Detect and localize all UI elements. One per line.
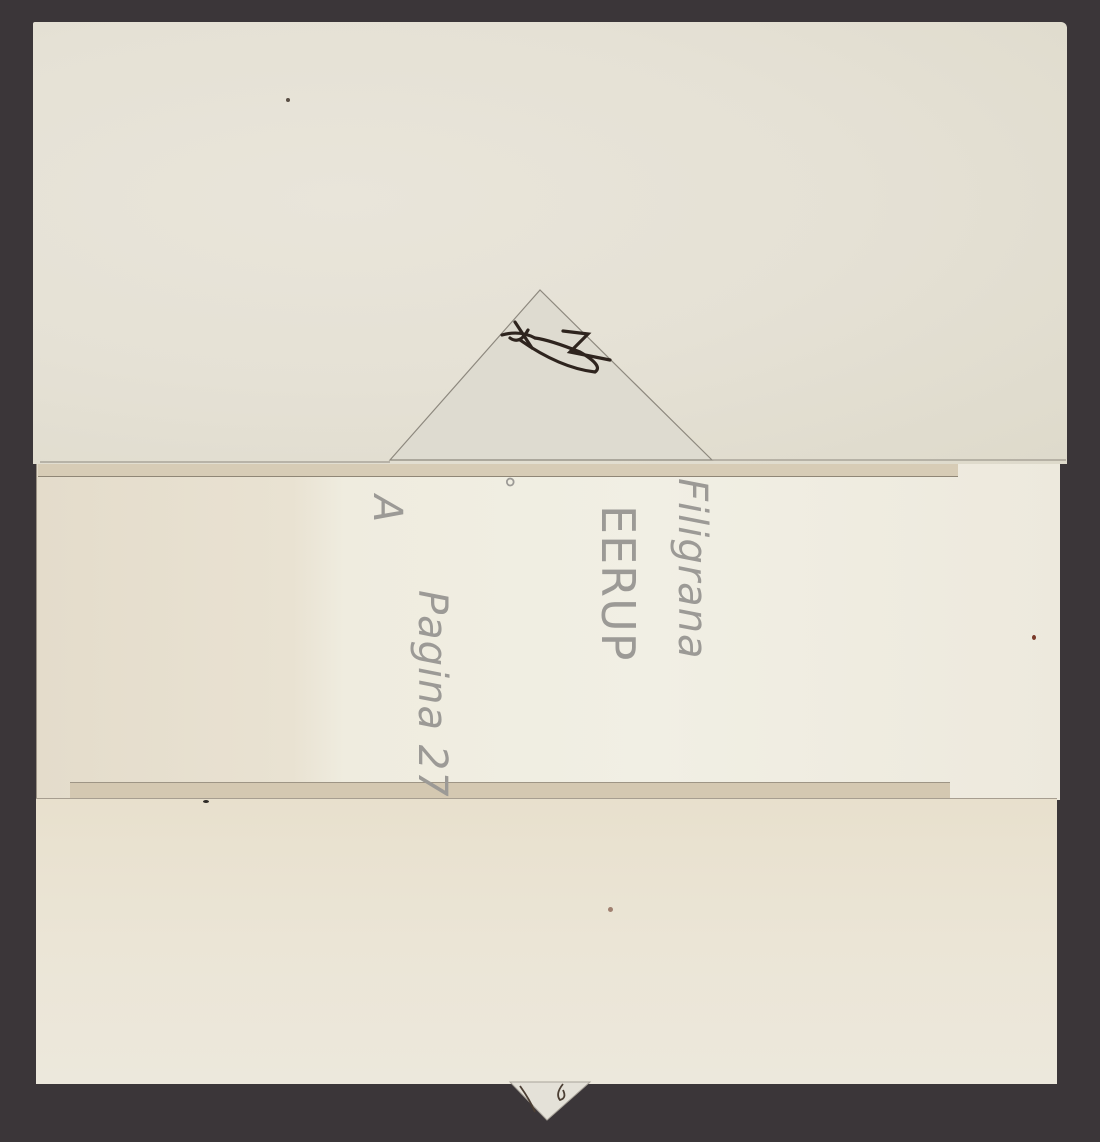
pencil-note-filigrana: Filigrana [669, 478, 715, 660]
paper-speck [1032, 635, 1036, 640]
letter-middle-panel [36, 462, 1060, 800]
paper-speck [286, 98, 290, 102]
fold-strip-lower [70, 782, 950, 799]
pencil-note-degree: ° [487, 475, 520, 490]
letter-top-panel [33, 22, 1067, 464]
pencil-note-watermark-text: EERUP [591, 505, 645, 662]
protruding-letter-corner [505, 1080, 595, 1126]
pencil-note-page-number: Pagina 274 [409, 590, 455, 824]
ink-speck [203, 800, 209, 803]
pencil-note-letter-a: A [364, 495, 410, 523]
letter-bottom-panel [36, 798, 1057, 1084]
paper-speck [608, 907, 613, 912]
